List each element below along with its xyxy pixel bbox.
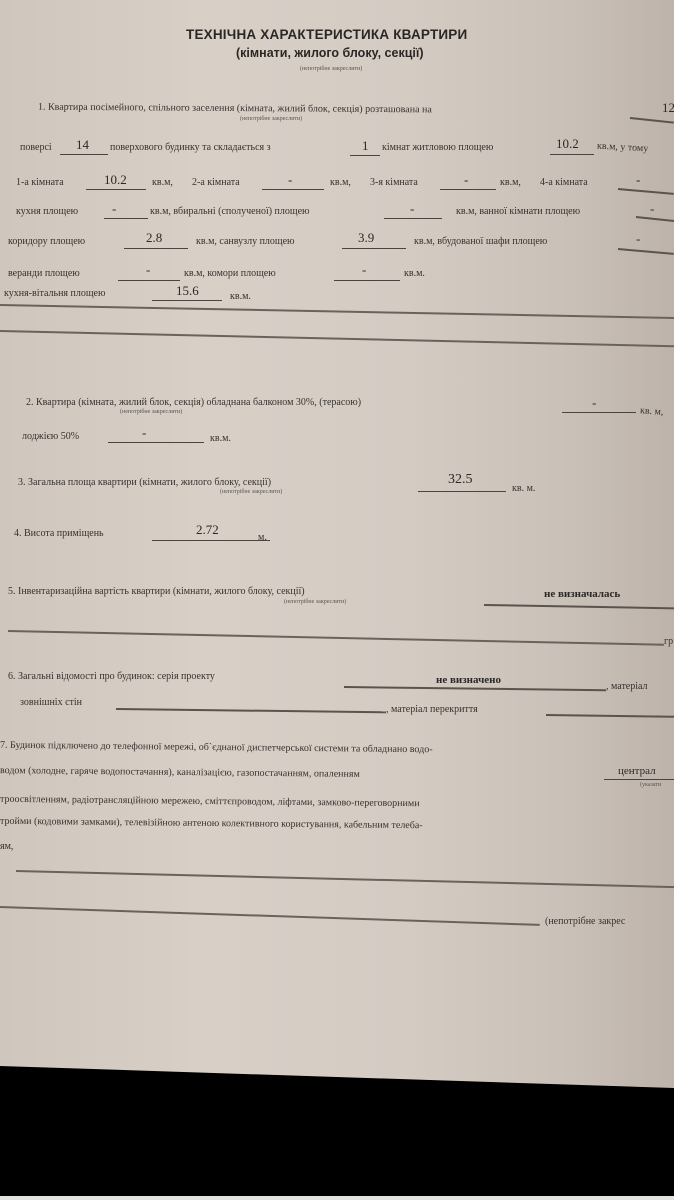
wardrobe-label: кв.м, вбудованої шафи площею [414,236,547,247]
section3-note: (непотрібне закреслити) [220,489,282,495]
room4-underline [618,188,674,194]
room3-underline [440,189,496,190]
room2-underline [262,189,324,190]
wall-material-label-2: зовнішніх стін [20,697,82,708]
room1-value: 10.2 [104,172,127,188]
floor-underline [630,117,674,123]
room3-label: 3-я кімната [370,177,418,188]
section2-note: (непотрібне закреслити) [120,409,182,415]
ceiling-material-underline [546,714,674,717]
loggia-underline [108,442,204,443]
bathroom-label: кв.м, ванної кімнати площею [456,206,580,217]
services-rule-1 [16,870,674,888]
storeys-label: поверхового будинку та складається з [110,142,271,153]
series-value: не визначено [436,674,501,686]
room2-label: 2-а кімната [192,177,240,188]
living-area-value: 10.2 [556,136,579,152]
kitchen-value: - [112,201,116,217]
document-title: ТЕХНІЧНА ХАРАКТЕРИСТИКА КВАРТИРИ [186,27,467,42]
section7-line3: троосвітленням, радіотрансляційною мереж… [0,794,420,809]
section2-heading: 2. Квартира (кімната, жилий блок, секція… [26,397,361,408]
section4-heading: 4. Висота приміщень [14,528,104,539]
section7-line4: тройми (кодовими замками), телевізійною … [0,816,423,831]
series-underline [344,686,606,691]
loggia-label: лоджією 50% [22,431,79,442]
height-underline [152,540,270,541]
floor-label: поверсі [20,142,52,153]
kitchen-living-value: 15.6 [176,283,199,299]
wall-material-label: , матеріал [606,681,648,692]
wardrobe-value: - [636,231,640,247]
combined-bathroom-underline [342,248,406,249]
corridor-label: коридору площею [8,236,85,247]
section6-heading: 6. Загальні відомості про будинок: серія… [8,671,215,682]
kitchen-living-underline [152,300,222,301]
veranda-underline [118,280,180,281]
height-value: 2.72 [196,522,219,538]
living-area-unit: кв.м, у тому [597,141,649,155]
room2-unit: кв.м, [330,177,351,188]
combined-bathroom-label: кв.м, санвузлу площею [196,236,295,247]
section7-line1: 7. Будинок підключено до телефонної мере… [0,740,433,756]
corridor-value: 2.8 [146,230,162,246]
total-area-unit: кв. м. [512,483,535,494]
balcony-value: - [592,395,596,411]
section7-line5: ям, [0,841,13,852]
room1-unit: кв.м, [152,177,173,188]
inventory-value: не визначалась [544,588,620,600]
inventory-rule [8,630,664,646]
rooms-label: кімнат житловою площею [382,142,493,153]
room1-label: 1-а кімната [16,177,64,188]
toilet-value: - [410,201,414,217]
section5-heading: 5. Інвентаризаційна вартість квартири (к… [8,586,305,597]
kitchen-living-label: кухня-вітальня площею [4,288,105,299]
room3-value: - [464,172,468,188]
inventory-value-underline [484,604,674,609]
heating-underline [604,779,674,780]
loggia-value: - [142,425,146,441]
balcony-underline [562,412,636,413]
section1-heading: 1. Квартира посімейного, спільного засел… [38,102,432,116]
room4-value: - [636,172,640,188]
kitchen-label: кухня площею [16,206,78,217]
room2-value: - [288,172,292,188]
combined-bathroom-value: 3.9 [358,230,374,246]
bathroom-underline [636,216,674,222]
blank-rule-1 [0,304,674,319]
services-rule-2 [0,906,540,926]
heating-value: централ [618,765,656,777]
corridor-underline [124,248,188,249]
total-area-underline [418,491,506,492]
room1-underline [86,189,146,190]
kitchen-underline [104,218,148,219]
document-subtitle: (кімнати, жилого блоку, секції) [236,46,424,60]
section7-line2: водом (холодне, гаряче водопостачання), … [0,765,360,780]
blank-rule-2 [0,330,674,348]
heating-note: (указати [640,782,661,788]
veranda-value: - [146,262,150,278]
footer-note: (непотрібне закрес [545,916,625,927]
room4-label: 4-а кімната [540,177,588,188]
storage-label: кв.м, комори площею [184,268,276,279]
section5-note: (непотрібне закреслити) [284,599,346,605]
toilet-underline [384,218,442,219]
storage-value: - [362,262,366,278]
storeys-value: 14 [76,137,89,153]
room3-unit: кв.м, [500,177,521,188]
loggia-unit: кв.м. [210,433,231,444]
living-area-underline [550,154,594,155]
balcony-unit: кв. м, [640,405,664,418]
document-page: ТЕХНІЧНА ХАРАКТЕРИСТИКА КВАРТИРИ (кімнат… [0,0,674,1095]
ceiling-material-label: , матеріал перекриття [386,704,478,715]
total-area-value: 32.5 [448,472,473,488]
height-unit: м. [258,532,267,543]
currency-label: гр [664,636,673,647]
floor-value: 12 [662,100,674,116]
storeys-underline [60,154,108,155]
rooms-underline [350,155,380,156]
screen-bottom-edge [0,1196,674,1200]
section1-note: (непотрібне закреслити) [240,116,302,122]
kitchen-living-unit: кв.м. [230,291,251,302]
storage-unit: кв.м. [404,268,425,279]
wall-material-underline [116,708,386,713]
storage-underline [334,280,400,281]
subtitle-note: (непотрібне закреслити) [300,66,362,72]
toilet-label: кв.м, вбиральні (сполученої) площею [150,206,310,217]
section3-heading: 3. Загальна площа квартири (кімнати, жил… [18,477,271,488]
wardrobe-underline [618,248,674,254]
veranda-label: веранди площею [8,268,80,279]
rooms-value: 1 [362,138,369,154]
bathroom-value: - [650,201,654,217]
